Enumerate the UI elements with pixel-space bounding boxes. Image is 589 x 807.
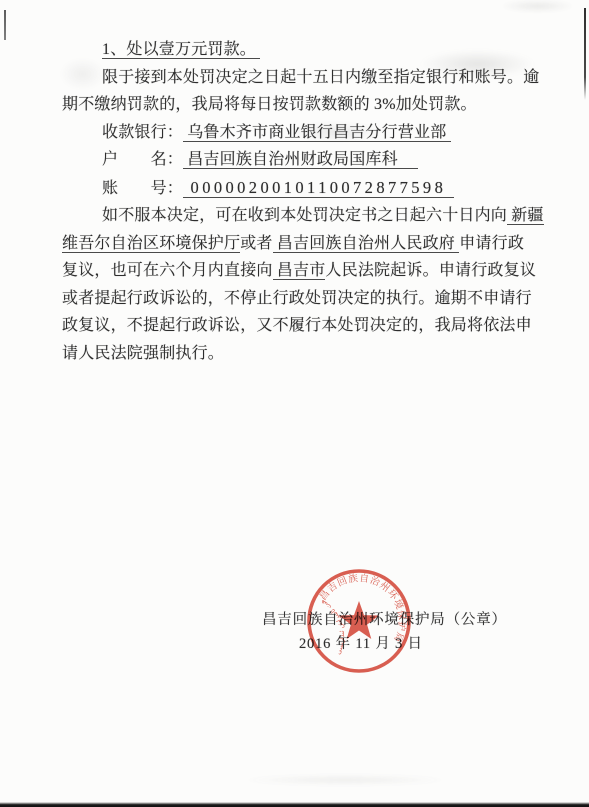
underlined-fill-in: 昌吉市 <box>273 262 326 280</box>
document-line: 维吾尔自治区环境保护厅或者 昌吉回族自治州人民政府 申请行政 <box>62 230 532 258</box>
bleedthrough-smudge <box>500 0 575 12</box>
document-line: 限于接到本处罚决定之日起十五日内缴至指定银行和账号。逾 <box>62 64 532 92</box>
underlined-fill-in: 1、处以壹万元罚款。 <box>102 41 260 59</box>
document-line: 如不服本决定，可在收到本处罚决定书之日起六十日内向 新疆 <box>62 202 532 230</box>
text-segment: 请人民法院强制执行。 <box>62 345 224 362</box>
document-line: 政复议，不提起行政诉讼，又不履行本处罚决定的，我局将依法申 <box>62 312 532 340</box>
document-line: 请人民法院强制执行。 <box>62 340 532 368</box>
document-line: 户 名： 昌吉回族自治州财政局国库科 <box>62 146 532 174</box>
text-segment: 人民法院起诉。申请行政复议 <box>325 262 536 279</box>
document-line: 收款银行： 乌鲁木齐市商业银行昌吉分行营业部 <box>62 119 532 147</box>
underlined-fill-in: 昌吉回族自治州人民政府 <box>273 235 460 253</box>
underlined-fill-in: 新疆 <box>507 207 544 225</box>
text-segment: 如不服本决定，可在收到本处罚决定书之日起六十日内向 <box>102 207 507 224</box>
underlined-fill-in: 乌鲁木齐市商业银行昌吉分行营业部 <box>183 124 451 142</box>
scan-artifact-left-edge <box>4 10 6 40</box>
official-seal: 昌吉回族自治州环境保护局 مۇھىت ئاسراش ئىدارىسى <box>299 561 419 681</box>
scan-artifact-bottom-edge <box>0 802 589 807</box>
text-segment: 或者提起行政诉讼的，不停止行政处罚决定的执行。逾期不申请行 <box>62 290 532 307</box>
text-segment: 收款银行： <box>102 124 183 141</box>
text-segment: 申请行政 <box>459 235 524 252</box>
text-segment: 政复议，不提起行政诉讼，又不履行本处罚决定的，我局将依法申 <box>62 317 532 334</box>
document-line: 期不缴纳罚款的，我局将每日按罚款数额的 3%加处罚款。 <box>62 91 532 119</box>
text-segment: 复议，也可在六个月内直接向 <box>62 262 273 279</box>
document-line: 或者提起行政诉讼的，不停止行政处罚决定的执行。逾期不申请行 <box>62 285 532 313</box>
text-segment: 或者 <box>240 235 272 252</box>
scanned-document-page: 1、处以壹万元罚款。 限于接到本处罚决定之日起十五日内缴至指定银行和账号。逾期不… <box>0 0 589 807</box>
document-line: 复议，也可在六个月内直接向 昌吉市人民法院起诉。申请行政复议 <box>62 257 532 285</box>
underlined-fill-in: 0000020010110072877598 <box>183 178 454 198</box>
document-line: 1、处以壹万元罚款。 <box>62 36 532 64</box>
document-body: 1、处以壹万元罚款。 限于接到本处罚决定之日起十五日内缴至指定银行和账号。逾期不… <box>62 36 532 367</box>
document-line: 账 号： 0000020010110072877598 <box>62 174 532 203</box>
underlined-fill-in: 维吾尔自治区环境保护厅 <box>62 235 240 253</box>
text-segment: 期不缴纳罚款的，我局将每日按罚款数额的 3%加处罚款。 <box>62 96 477 113</box>
text-segment: 限于接到本处罚决定之日起十五日内缴至指定银行和账号。逾 <box>102 69 539 86</box>
text-segment: 账 号： <box>102 180 183 197</box>
text-segment: 户 名： <box>102 151 183 168</box>
bleedthrough-smudge <box>240 775 450 785</box>
underlined-fill-in: 昌吉回族自治州财政局国库科 <box>183 151 418 169</box>
scan-artifact-right-edge <box>584 8 586 100</box>
